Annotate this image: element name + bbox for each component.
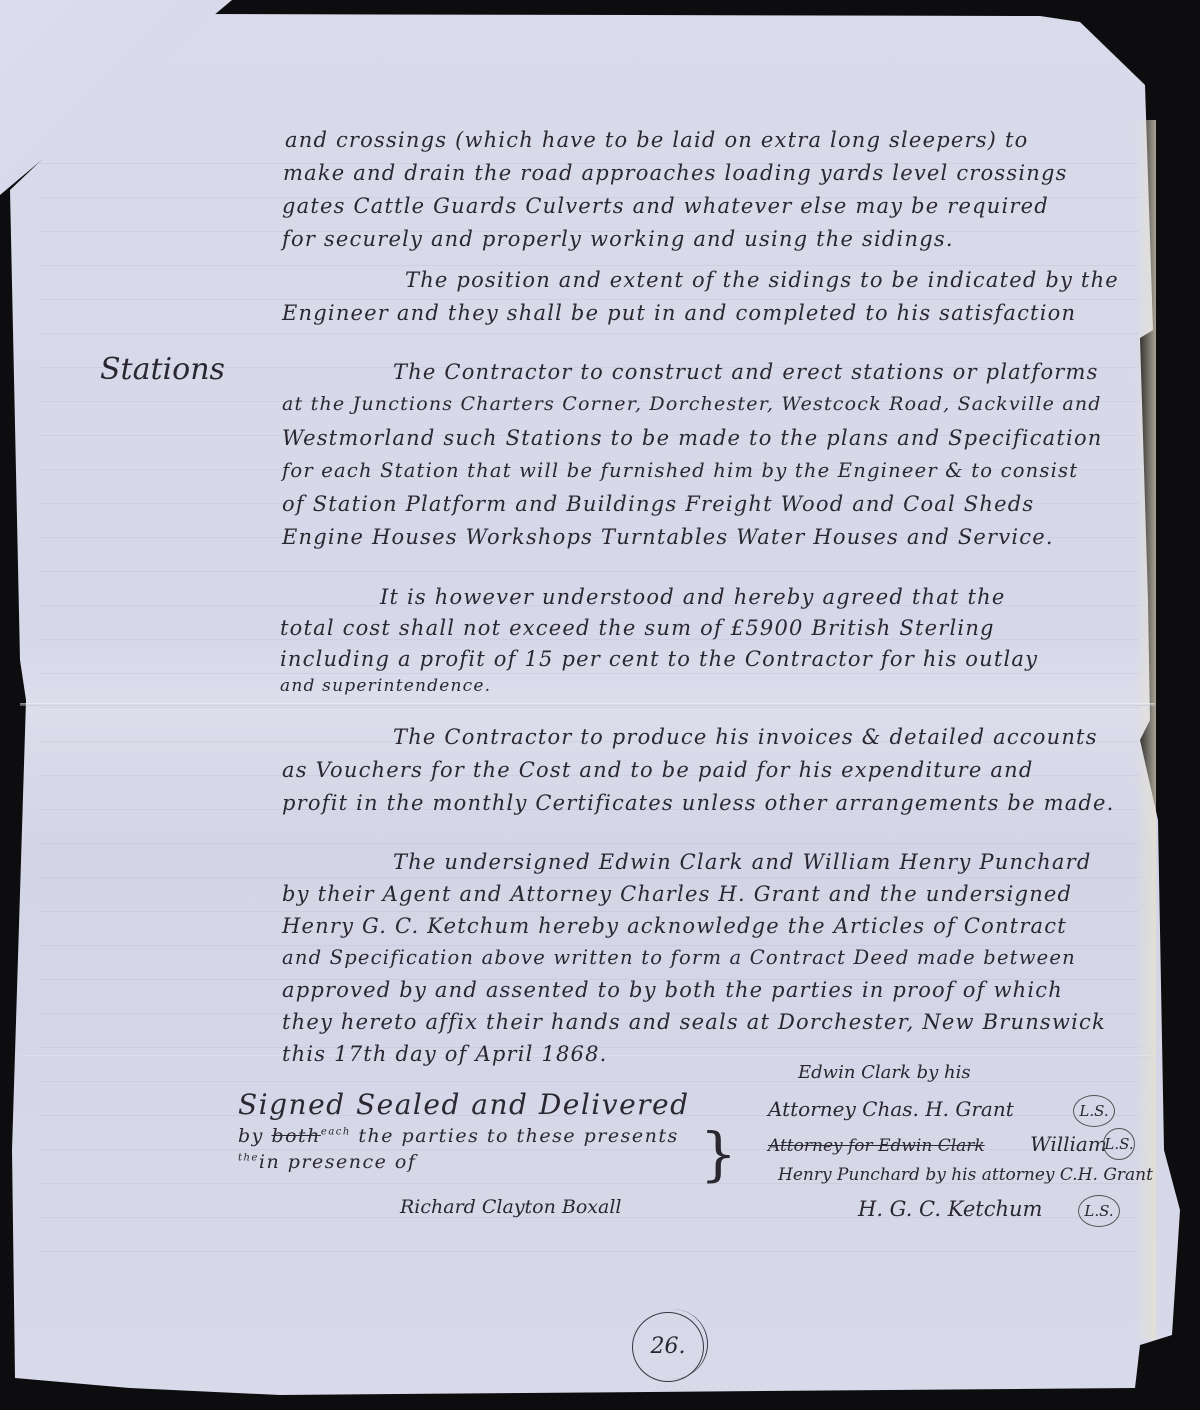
inserted-word: the xyxy=(238,1153,259,1164)
text-line: by their Agent and Attorney Charles H. G… xyxy=(282,882,1072,906)
text-line: and crossings (which have to be laid on … xyxy=(285,128,1028,152)
text-line: and Specification above written to form … xyxy=(282,946,1076,969)
text-line: The Contractor to produce his invoices &… xyxy=(393,725,1098,749)
signature-line: Attorney Chas. H. Grant xyxy=(768,1097,1014,1121)
text-line: The Contractor to construct and erect st… xyxy=(393,360,1099,384)
text-line: this 17th day of April 1868. xyxy=(282,1042,608,1066)
attestation-clause: Signed Sealed and Delivered by botheach … xyxy=(238,1088,690,1173)
text-fragment: by xyxy=(238,1125,271,1147)
signature-line: Edwin Clark by his xyxy=(798,1062,971,1083)
text-line: It is however understood and hereby agre… xyxy=(380,585,1005,609)
signature-line: H. G. C. Ketchum xyxy=(858,1197,1042,1221)
text-line: approved by and assented to by both the … xyxy=(282,978,1063,1002)
text-line: Engineer and they shall be put in and co… xyxy=(282,301,1076,325)
text-line: as Vouchers for the Cost and to be paid … xyxy=(282,758,1034,782)
text-line: profit in the monthly Certificates unles… xyxy=(282,791,1115,815)
text-line: at the Junctions Charters Corner, Dorche… xyxy=(282,393,1102,415)
margin-heading-stations: Stations xyxy=(100,352,225,387)
text-fragment: the parties to these presents xyxy=(351,1125,679,1147)
text-line: of Station Platform and Buildings Freigh… xyxy=(282,492,1034,516)
horizontal-fold-crease xyxy=(20,703,1155,706)
text-line: The position and extent of the sidings t… xyxy=(405,268,1119,292)
text-line: Westmorland such Stations to be made to … xyxy=(282,426,1103,450)
text-line: total cost shall not exceed the sum of £… xyxy=(280,616,995,640)
text-line: gates Cattle Guards Culverts and whateve… xyxy=(282,194,1049,218)
attestation-line-1: by botheach the parties to these present… xyxy=(238,1125,690,1147)
seal-mark: L.S. xyxy=(1078,1195,1120,1227)
folio-number: 26. xyxy=(632,1312,704,1382)
text-line: Engine Houses Workshops Turntables Water… xyxy=(282,525,1054,549)
signature-line: Attorney for Edwin Clark William xyxy=(768,1132,1107,1156)
text-line: and superintendence. xyxy=(280,676,491,696)
struck-word: both xyxy=(271,1125,320,1147)
signer-name: William xyxy=(1030,1132,1107,1156)
text-line: The undersigned Edwin Clark and William … xyxy=(393,850,1091,874)
aged-right-edge xyxy=(1134,120,1156,1340)
signature-line: Henry Punchard by his attorney C.H. Gran… xyxy=(778,1165,1153,1185)
text-line: they hereto affix their hands and seals … xyxy=(282,1010,1106,1034)
text-fragment: in presence of xyxy=(259,1151,416,1173)
text-line: for each Station that will be furnished … xyxy=(282,459,1078,482)
seal-mark: L.S. xyxy=(1073,1095,1115,1127)
text-line: for securely and properly working and us… xyxy=(282,227,954,251)
text-line: including a profit of 15 per cent to the… xyxy=(280,647,1038,671)
text-line: make and drain the road approaches loadi… xyxy=(283,161,1068,185)
attestation-heading: Signed Sealed and Delivered xyxy=(238,1088,690,1121)
inserted-word: each xyxy=(321,1127,351,1138)
brace-mark: } xyxy=(700,1125,737,1183)
witness-signature: Richard Clayton Boxall xyxy=(400,1196,622,1218)
attestation-line-2: thein presence of xyxy=(238,1151,690,1173)
seal-mark: L.S. xyxy=(1103,1128,1135,1160)
struck-text: Attorney for Edwin Clark xyxy=(768,1136,985,1156)
document-page: and crossings (which have to be laid on … xyxy=(0,0,1200,1410)
text-line: Henry G. C. Ketchum hereby acknowledge t… xyxy=(282,914,1067,938)
